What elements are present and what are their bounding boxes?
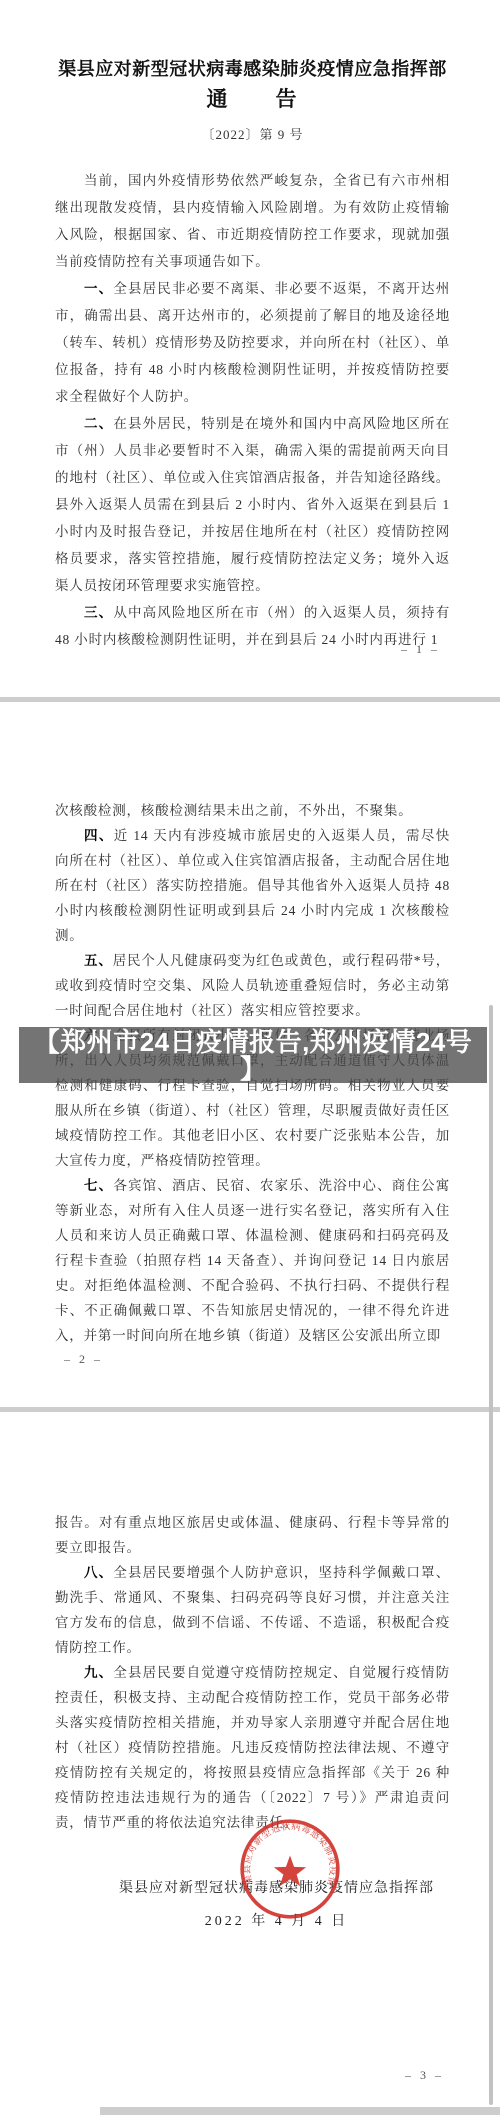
page-number: – 3 – [405, 2068, 444, 2083]
page-1-body: 当前，国内外疫情形势依然严峻复杂，全省已有六市州相继出现散发疫情，县内疫情输入风… [55, 167, 450, 653]
paragraph-text: 在县外居民，特别是在境外和国内中高风险地区所在市（州）人员非必要暂时不入渠，确需… [55, 416, 450, 593]
section-number: 一、 [84, 281, 113, 296]
paragraph-text: 当前，国内外疫情形势依然严峻复杂，全省已有六市州相继出现散发疫情，县内疫情输入风… [55, 173, 450, 269]
paragraph-text: 次核酸检测，核酸检测结果未出之前，不外出，不聚集。 [55, 803, 413, 818]
caption-overlay: 【郑州市24日疫情报告,郑州疫情24号 】 [19, 1027, 487, 1083]
bottom-edge-divider [100, 2107, 500, 2115]
official-seal: 渠县应对新型冠状病毒感染肺炎疫情应急指挥部 [238, 1817, 342, 1921]
section-number: 八、 [84, 1565, 113, 1580]
paragraph-text: 报告。对有重点地区旅居史或体温、健康码、行程卡等异常的要立即报告。 [55, 1515, 450, 1555]
paragraph-continuation: 报告。对有重点地区旅居史或体温、健康码、行程卡等异常的要立即报告。 [55, 1510, 450, 1560]
section-number: 四、 [84, 828, 114, 843]
paragraph-section-3: 三、从中高风险地区所在市（州）的入返渠人员，须持有 48 小时内核酸检测阴性证明… [55, 599, 450, 653]
paragraph-section-2: 二、在县外居民，特别是在境外和国内中高风险地区所在市（州）人员非必要暂时不入渠，… [55, 410, 450, 599]
paragraph-section-5: 五、居民个人凡健康码变为红色或黄色，或行程码带*号，或收到疫情时空交集、风险人员… [55, 948, 450, 1023]
document-number: 〔2022〕第 9 号 [55, 124, 450, 143]
seal-star-icon [274, 1855, 306, 1886]
page-3-body: 报告。对有重点地区旅居史或体温、健康码、行程卡等异常的要立即报告。 八、全县居民… [55, 1510, 450, 1835]
document-title: 渠县应对新型冠状病毒感染肺炎疫情应急指挥部 [55, 56, 450, 82]
scrollbar-thumb[interactable] [489, 1005, 493, 2105]
paragraph-intro: 当前，国内外疫情形势依然严峻复杂，全省已有六市州相继出现散发疫情，县内疫情输入风… [55, 167, 450, 275]
page-number: – 2 – [64, 1352, 103, 1367]
section-number: 七、 [84, 1178, 113, 1193]
paragraph-text: 全县居民要自觉遵守疫情防控规定、自觉履行疫情防控责任，积极支持、主动配合疫情防控… [55, 1665, 450, 1830]
document-page-1: 渠县应对新型冠状病毒感染肺炎疫情应急指挥部 通 告 〔2022〕第 9 号 当前… [0, 0, 500, 697]
paragraph-text: 居民个人凡健康码变为红色或黄色，或行程码带*号，或收到疫情时空交集、风险人员轨迹… [55, 953, 450, 1018]
paragraph-text: 全县居民非必要不离渠、非必要不返渠，不离开达州市，确需出县、离开达州市的，必须提… [55, 281, 450, 404]
section-number: 三、 [84, 605, 113, 620]
paragraph-section-8: 八、全县居民要增强个人防护意识，坚持科学佩戴口罩、勤洗手、常通风、不聚集、扫码亮… [55, 1560, 450, 1660]
section-number: 二、 [84, 416, 113, 431]
paragraph-section-4: 四、近 14 天内有涉疫城市旅居史的入返渠人员，需尽快向所在村（社区）、单位或入… [55, 823, 450, 948]
paragraph-section-9: 九、全县居民要自觉遵守疫情防控规定、自觉履行疫情防控责任，积极支持、主动配合疫情… [55, 1660, 450, 1835]
paragraph-section-7: 七、各宾馆、酒店、民宿、农家乐、洗浴中心、商住公寓等新业态，对所有入住人员逐一进… [55, 1173, 450, 1348]
document-title-second-line: 通 告 [55, 86, 450, 112]
section-number: 九、 [84, 1665, 113, 1680]
paragraph-section-1: 一、全县居民非必要不离渠、非必要不返渠，不离开达州市，确需出县、离开达州市的，必… [55, 275, 450, 410]
page-number: – 1 – [401, 642, 440, 657]
paragraph-continuation: 次核酸检测，核酸检测结果未出之前，不外出，不聚集。 [55, 798, 450, 823]
paragraph-text: 近 14 天内有涉疫城市旅居史的入返渠人员，需尽快向所在村（社区）、单位或入住宾… [55, 828, 450, 943]
paragraph-text: 全县居民要增强个人防护意识，坚持科学佩戴口罩、勤洗手、常通风、不聚集、扫码亮码等… [55, 1565, 450, 1655]
screenshot-root: { "colors": { "paper": "#ffffff", "divid… [0, 0, 500, 2115]
paragraph-text: 从中高风险地区所在市（州）的入返渠人员，须持有 48 小时内核酸检测阴性证明，并… [55, 605, 450, 647]
caption-text-line2: 】 [19, 1058, 487, 1081]
section-number: 五、 [84, 953, 113, 968]
paragraph-text: 各宾馆、酒店、民宿、农家乐、洗浴中心、商住公寓等新业态，对所有入住人员逐一进行实… [55, 1178, 450, 1343]
document-page-3: 报告。对有重点地区旅居史或体温、健康码、行程卡等异常的要立即报告。 八、全县居民… [0, 1412, 500, 2115]
